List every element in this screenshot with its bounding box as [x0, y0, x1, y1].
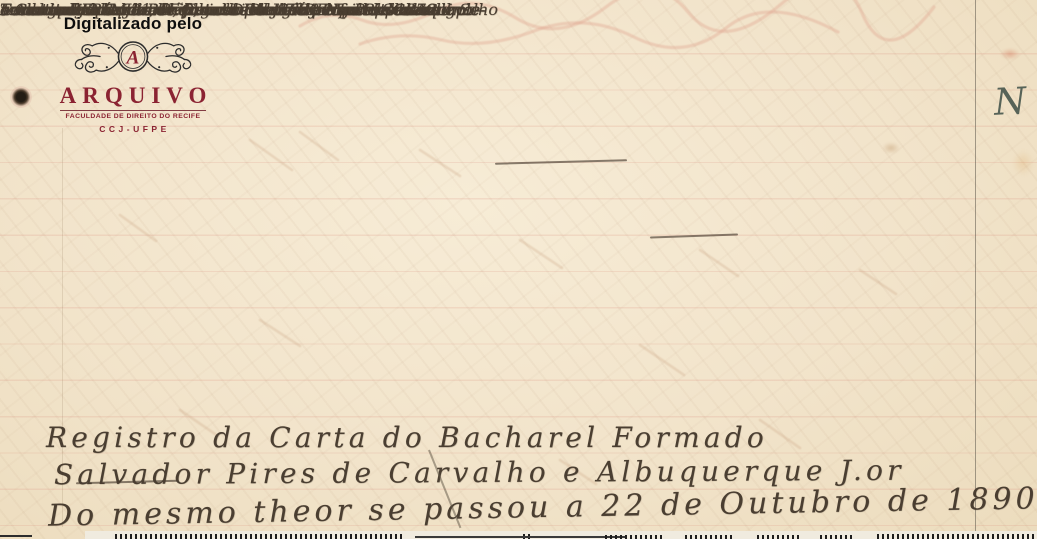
cut-off-text-fragment [685, 535, 735, 539]
manuscript-line-13: Faculdade . [0, 0, 94, 19]
cut-off-mark-bottom-left [0, 535, 32, 537]
ink-underline [650, 233, 738, 238]
digitization-stamp: Digitalizado pelo A ARQUIVO [56, 14, 210, 134]
ink-underline [495, 159, 627, 164]
hole-punch [10, 86, 32, 108]
ink-smudge [882, 142, 900, 154]
right-margin-rule [975, 0, 976, 539]
stamp-divider [60, 110, 206, 111]
cut-off-text-fragment [757, 535, 799, 539]
cut-off-text-fragment [115, 534, 405, 539]
cut-off-text-fragment [605, 535, 663, 539]
stamp-subtitle: FACULDADE DE DIREITO DO RECIFE [56, 113, 210, 120]
flourish-monogram-icon: A [70, 35, 196, 80]
ink-smudge [1012, 150, 1034, 176]
ink-smudge [1000, 48, 1020, 60]
scanned-document-page: Digitalizado pelo A ARQUIVO [0, 0, 1037, 539]
stamp-title: ARQUIVO [56, 83, 216, 109]
cut-off-text-fragment [820, 535, 854, 539]
stamp-monogram-letter: A [126, 47, 140, 68]
stamp-footer: CCJ-UFPE [56, 124, 213, 134]
cut-off-rule-fragment [415, 536, 625, 538]
cut-off-next-page-strip [85, 531, 1037, 539]
cut-off-text-fragment [877, 534, 1037, 539]
pencil-margin-annotation: N [993, 79, 1028, 124]
manuscript-line-1: Registro da Carta do Bacharel Formado [46, 421, 768, 454]
